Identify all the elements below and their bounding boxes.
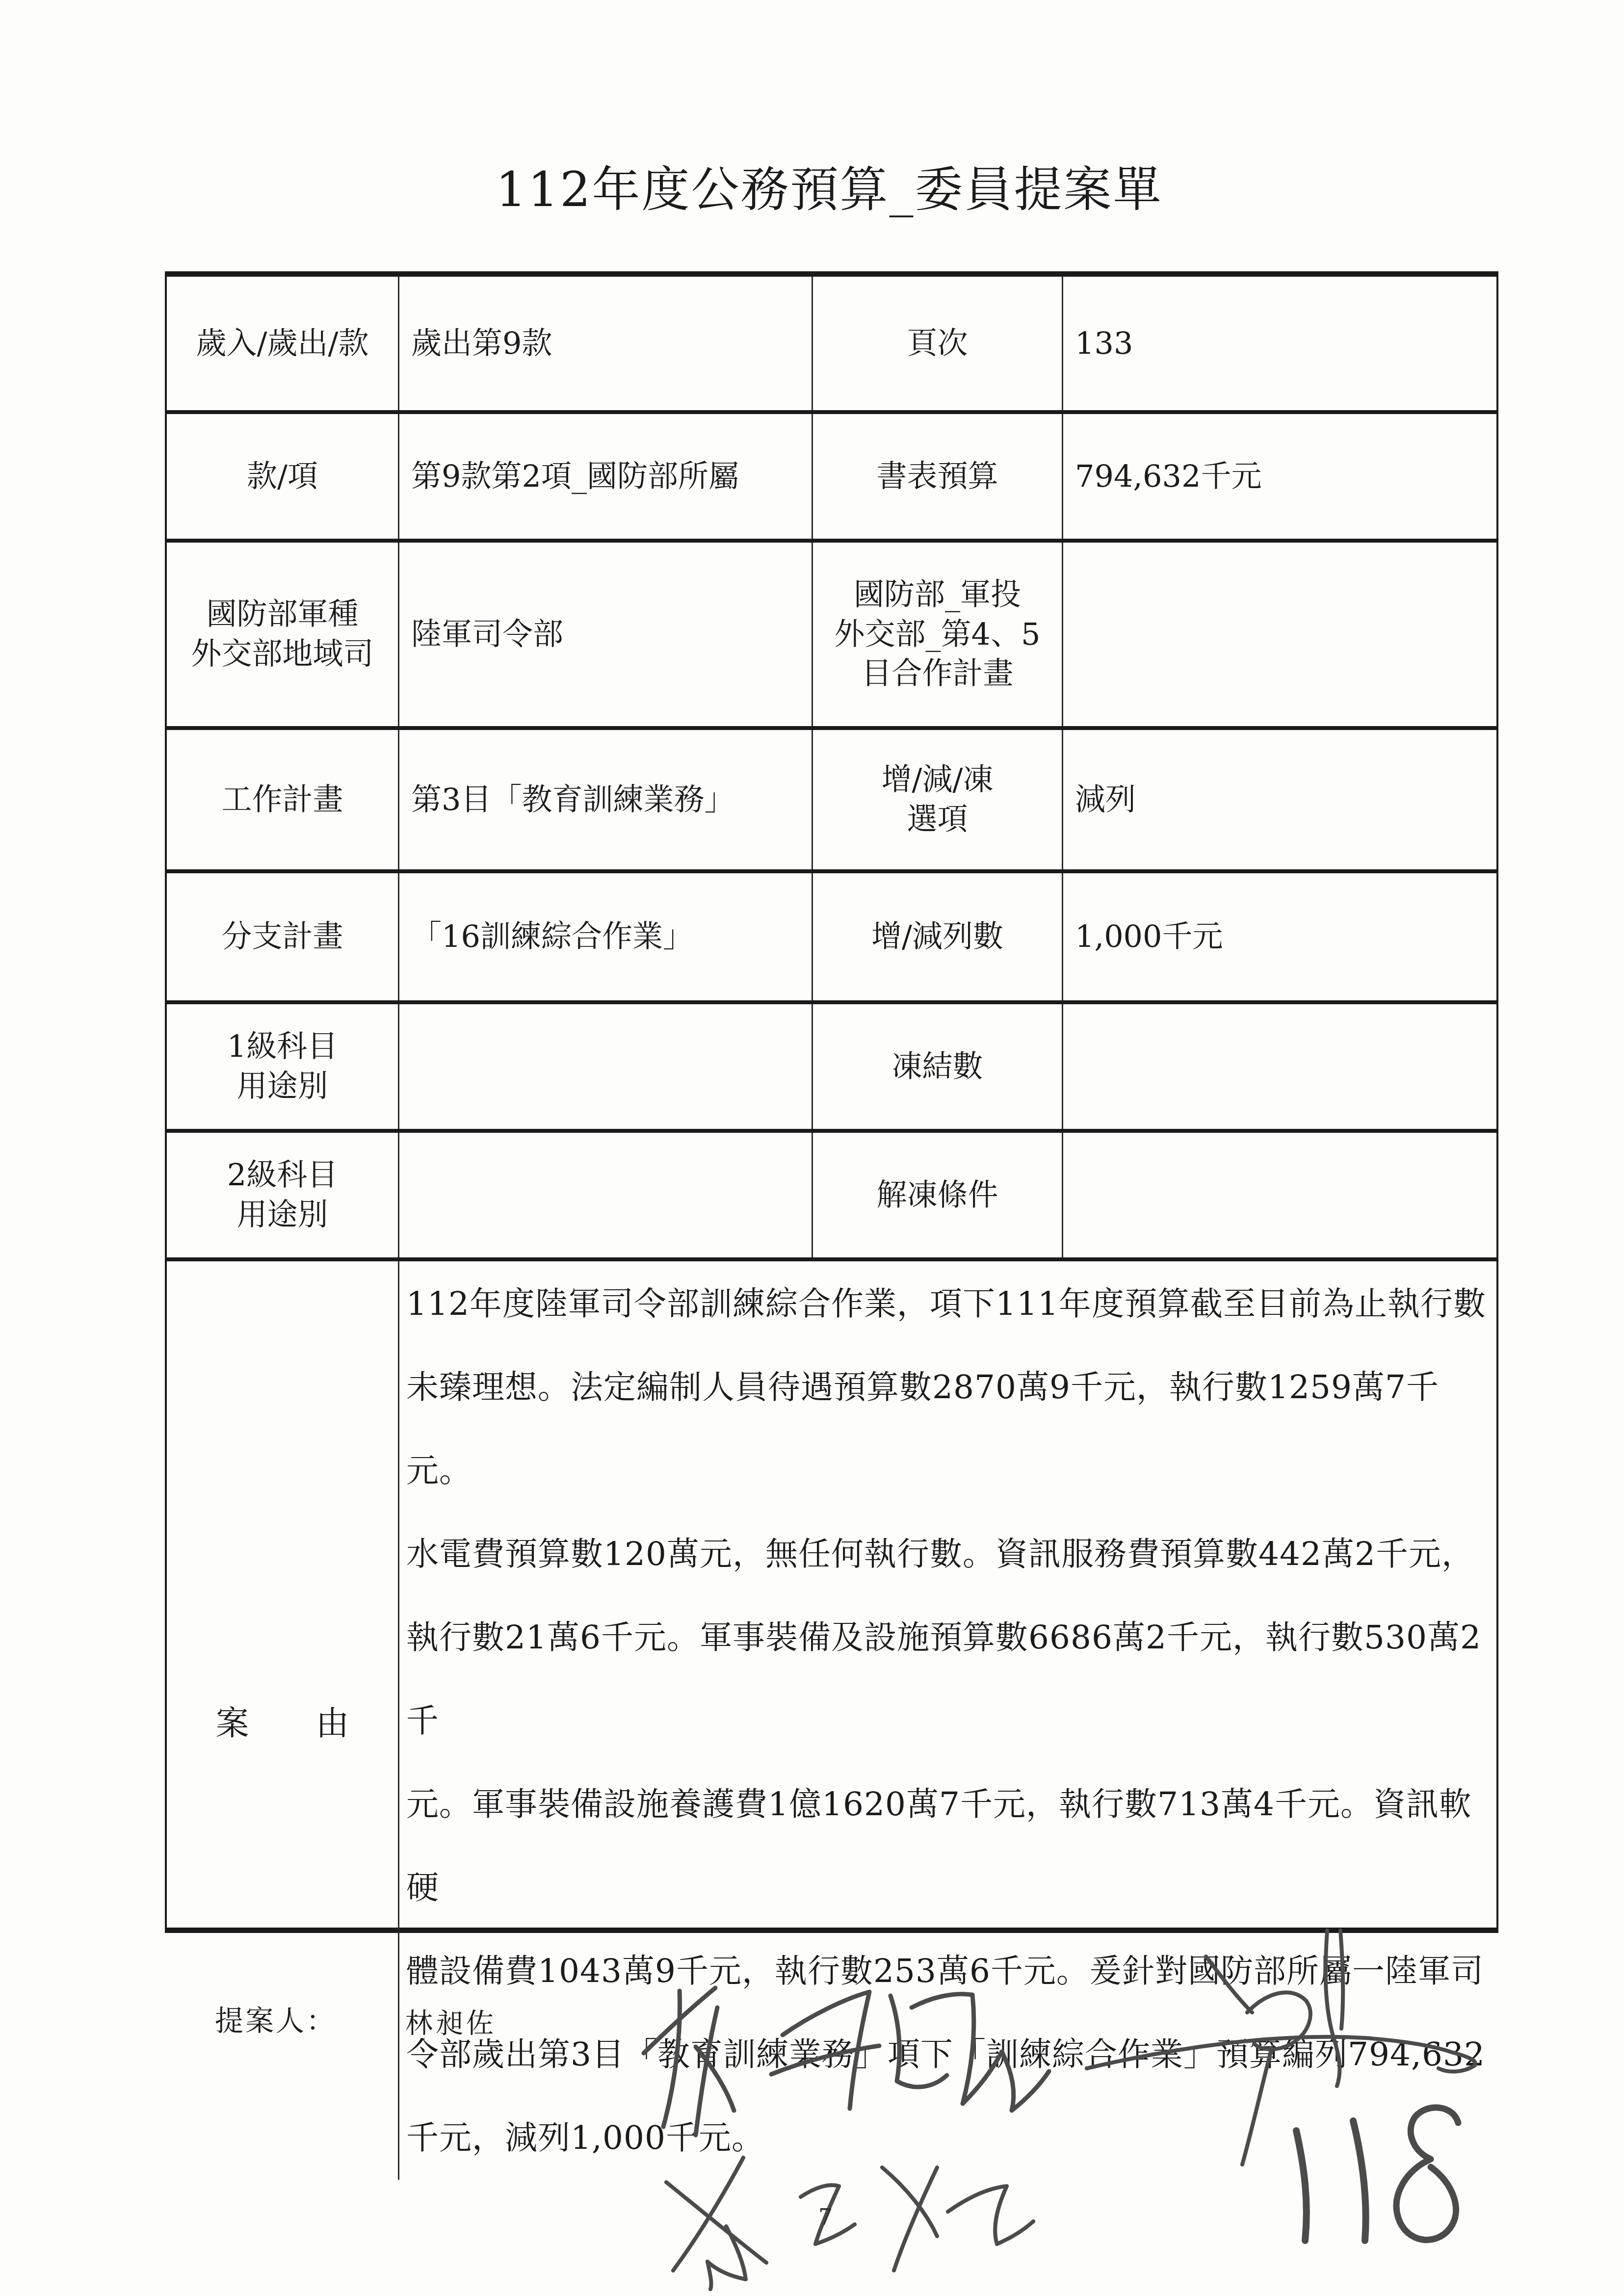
table-row: 歲入/歲出/款 歲出第9款 頁次 133 (167, 277, 1496, 410)
row-label: 分支計畫 (167, 873, 398, 1000)
table-row: 工作計畫 第3目「教育訓練業務」 增/減/凍 選項 減列 (167, 726, 1496, 869)
row-value-2: 減列 (1062, 730, 1496, 869)
row-value (398, 1004, 812, 1129)
row-value (398, 1133, 812, 1257)
row-label-2: 解凍條件 (812, 1133, 1062, 1257)
row-value: 陸軍司令部 (398, 543, 812, 726)
row-label: 工作計畫 (167, 730, 398, 869)
table-row: 2級科目 用途別 解凍條件 (167, 1129, 1496, 1257)
proposal-form-table: 歲入/歲出/款 歲出第9款 頁次 133 款/項 第9款第2項_國防部所屬 書表… (165, 271, 1498, 1933)
row-label: 1級科目 用途別 (167, 1004, 398, 1129)
row-label-2: 書表預算 (812, 414, 1062, 539)
row-value-2: 794,632千元 (1062, 414, 1496, 539)
page-title: 112年度公務預算_委員提案單 (17, 151, 1624, 220)
row-label: 歲入/歲出/款 (167, 277, 398, 410)
table-row: 分支計畫 「16訓練綜合作業」 增/減列數 1,000千元 (167, 869, 1496, 1000)
proposer-name: 林昶佐 (405, 2002, 497, 2041)
row-value-2: 1,000千元 (1062, 873, 1496, 1000)
row-value: 第3目「教育訓練業務」 (398, 730, 812, 869)
table-row: 國防部軍種 外交部地域司 陸軍司令部 國防部_軍投 外交部_第4、5 目合作計畫 (167, 539, 1496, 726)
case-reason-row: 案 由 112年度陸軍司令部訓練綜合作業，項下111年度預算截至目前為止執行數 … (167, 1257, 1496, 1928)
scanned-budget-proposal-form: 112年度公務預算_委員提案單 歲入/歲出/款 歲出第9款 頁次 133 款/項… (0, 0, 1624, 2296)
row-label-2: 增/減列數 (812, 873, 1062, 1000)
page-number: 7 (818, 2204, 833, 2230)
case-reason-label: 案 由 (167, 1261, 398, 2180)
handwritten-number-118 (1261, 2092, 1496, 2259)
table-row: 1級科目 用途別 凍結數 (167, 1000, 1496, 1129)
row-value: 「16訓練綜合作業」 (398, 873, 812, 1000)
row-label-2: 凍結數 (812, 1004, 1062, 1129)
row-label: 國防部軍種 外交部地域司 (167, 543, 398, 726)
row-label: 款/項 (167, 414, 398, 539)
row-value: 歲出第9款 (398, 277, 812, 410)
row-value-2 (1062, 1133, 1496, 1257)
proposer-label: 提案人： (215, 1998, 337, 2039)
row-value-2 (1062, 1004, 1496, 1129)
row-label-2: 增/減/凍 選項 (812, 730, 1062, 869)
handwritten-signature-1 (633, 1977, 1065, 2149)
row-value-2 (1062, 543, 1496, 726)
row-value-2: 133 (1062, 277, 1496, 410)
row-label-2: 國防部_軍投 外交部_第4、5 目合作計畫 (812, 543, 1062, 726)
row-label-2: 頁次 (812, 277, 1062, 410)
handwritten-signature-2 (653, 2139, 1055, 2291)
row-label: 2級科目 用途別 (167, 1133, 398, 1257)
table-row: 款/項 第9款第2項_國防部所屬 書表預算 794,632千元 (167, 410, 1496, 539)
row-value: 第9款第2項_國防部所屬 (398, 414, 812, 539)
